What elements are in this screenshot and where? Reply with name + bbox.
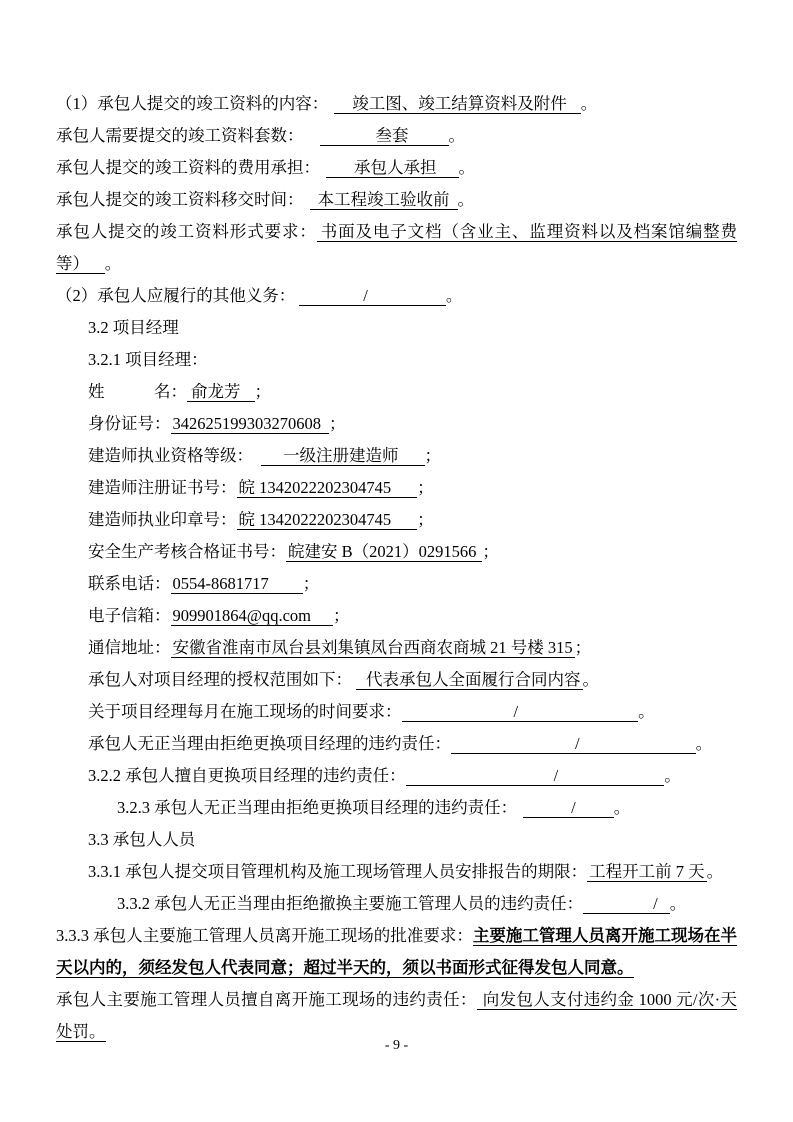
field-value: / — [523, 798, 614, 818]
field-constructor-seal-no: 建造师执业印章号：皖 1342022202304745； — [56, 504, 737, 536]
field-value: 工程开工前 7 天 — [587, 862, 707, 882]
heading-3-3-contractor-personnel: 3.3 承包人人员 — [56, 824, 737, 856]
document-page: （1）承包人提交的竣工资料的内容：竣工图、竣工结算资料及附件。 承包人需要提交的… — [0, 0, 793, 1122]
field-label: 3.2.3 承包人无正当理由拒绝更换项目经理的违约责任： — [117, 798, 517, 817]
field-value: / — [299, 286, 446, 306]
field-label: 身份证号： — [88, 414, 171, 433]
field-value: 皖 1342022202304745 — [237, 510, 418, 530]
field-value: 俞龙芳 — [187, 382, 255, 402]
field-3-3-1-staff-report-deadline: 3.3.1 承包人提交项目管理机构及施工现场管理人员安排报告的期限：工程开工前 … — [56, 856, 737, 888]
field-label: 建造师注册证书号： — [88, 478, 237, 497]
field-tail: 。 — [664, 766, 681, 785]
field-value: 承包人承担 — [326, 158, 459, 178]
field-tail: ； — [255, 382, 272, 401]
field-value: / — [402, 702, 639, 722]
field-email: 电子信箱：909901864@qq.com； — [56, 600, 737, 632]
field-value: / — [406, 766, 665, 786]
section-heading: 3.3 承包人人员 — [88, 830, 195, 849]
field-tail: ； — [575, 638, 592, 657]
field-label: 建造师执业印章号： — [88, 510, 237, 529]
field-safety-certificate-no: 安全生产考核合格证书号：皖建安 B（2021）0291566； — [56, 536, 737, 568]
field-label: 关于项目经理每月在施工现场的时间要求： — [88, 702, 402, 721]
field-tail: ； — [417, 478, 434, 497]
field-label: 承包人提交的竣工资料的费用承担： — [56, 158, 320, 177]
field-label: 姓 名： — [88, 382, 187, 401]
field-value: 本工程竣工验收前 — [310, 190, 458, 210]
field-3-2-3-refuse-replace-pm-liability: 3.2.3 承包人无正当理由拒绝更换项目经理的违约责任：/。 — [56, 792, 737, 824]
field-phone: 联系电话：0554-8681717； — [56, 568, 737, 600]
field-tail: 。 — [696, 734, 713, 753]
field-label: 承包人提交的竣工资料形式要求： — [56, 222, 317, 241]
field-completion-data-cost: 承包人提交的竣工资料的费用承担：承包人承担。 — [56, 152, 737, 184]
page-number: - 9 - — [0, 1036, 793, 1056]
field-tail: 。 — [459, 158, 476, 177]
field-tail: 。 — [458, 190, 475, 209]
field-label: 承包人需要提交的竣工资料套数： — [56, 126, 304, 145]
field-label: （1）承包人提交的竣工资料的内容： — [56, 94, 328, 113]
field-completion-data-content: （1）承包人提交的竣工资料的内容：竣工图、竣工结算资料及附件。 — [56, 88, 737, 120]
field-constructor-qualification-level: 建造师执业资格等级：一级注册建造师； — [56, 440, 737, 472]
field-pm-id-number: 身份证号：342625199303270608； — [56, 408, 737, 440]
section-heading: 3.2.1 项目经理： — [88, 350, 208, 369]
field-completion-data-copies: 承包人需要提交的竣工资料套数：叁套。 — [56, 120, 737, 152]
field-tail: ； — [329, 414, 346, 433]
field-tail: ； — [303, 574, 320, 593]
field-value: 竣工图、竣工结算资料及附件 — [334, 94, 581, 114]
field-3-2-2-unauthorized-replace-pm-liability: 3.2.2 承包人擅自更换项目经理的违约责任：/。 — [56, 760, 737, 792]
field-tail: ； — [333, 606, 350, 625]
field-value: 342625199303270608 — [171, 414, 330, 434]
field-value: 代表承包人全面履行合同内容 — [356, 670, 583, 690]
field-value: / — [451, 734, 696, 754]
field-completion-data-handover-time: 承包人提交的竣工资料移交时间：本工程竣工验收前。 — [56, 184, 737, 216]
field-value: 0554-8681717 — [171, 574, 303, 594]
field-pm-name: 姓 名：俞龙芳； — [56, 376, 737, 408]
field-label: 承包人提交的竣工资料移交时间： — [56, 190, 304, 209]
field-tail: ； — [482, 542, 499, 561]
field-tail: 。 — [583, 670, 600, 689]
field-pm-authorization-scope: 承包人对项目经理的授权范围如下：代表承包人全面履行合同内容。 — [56, 664, 737, 696]
field-label: 承包人对项目经理的授权范围如下： — [88, 670, 352, 689]
field-value: 安徽省淮南市凤台县刘集镇凤台西商农商城 21 号楼 315 — [171, 638, 575, 658]
field-3-3-3-site-leave-approval: 3.3.3 承包人主要施工管理人员离开施工现场的批准要求：主要施工管理人员离开施… — [56, 920, 737, 984]
field-tail: 。 — [105, 254, 122, 273]
field-value: 皖建安 B（2021）0291566 — [286, 542, 482, 562]
field-constructor-registration-no: 建造师注册证书号：皖 1342022202304745； — [56, 472, 737, 504]
field-tail: 。 — [707, 862, 724, 881]
field-pm-monthly-site-time: 关于项目经理每月在施工现场的时间要求：/。 — [56, 696, 737, 728]
field-value: / — [583, 894, 670, 914]
section-heading: 3.2 项目经理 — [88, 318, 179, 337]
field-label: 3.3.3 承包人主要施工管理人员离开施工现场的批准要求： — [56, 926, 473, 945]
field-label: 3.3.2 承包人无正当理由拒绝撤换主要施工管理人员的违约责任： — [117, 894, 583, 913]
field-tail: 。 — [638, 702, 655, 721]
field-tail: 。 — [446, 286, 463, 305]
field-label: 承包人无正当理由拒绝更换项目经理的违约责任： — [88, 734, 451, 753]
field-completion-data-format: 承包人提交的竣工资料形式要求：书面及电子文档（含业主、监理资料以及档案馆编整费等… — [56, 216, 737, 280]
field-label: 安全生产考核合格证书号： — [88, 542, 286, 561]
field-refuse-replace-pm-liability: 承包人无正当理由拒绝更换项目经理的违约责任：/。 — [56, 728, 737, 760]
field-mailing-address: 通信地址：安徽省淮南市凤台县刘集镇凤台西商农商城 21 号楼 315； — [56, 632, 737, 664]
heading-3-2-1-project-manager: 3.2.1 项目经理： — [56, 344, 737, 376]
field-label: 承包人主要施工管理人员擅自离开施工现场的违约责任： — [56, 990, 477, 1009]
field-label: 建造师执业资格等级： — [88, 446, 253, 465]
field-label: （2）承包人应履行的其他义务： — [56, 286, 295, 305]
field-value: 909901864@qq.com — [171, 606, 333, 626]
field-label: 3.2.2 承包人擅自更换项目经理的违约责任： — [88, 766, 406, 785]
field-other-obligations: （2）承包人应履行的其他义务：/。 — [56, 280, 737, 312]
field-value: 一级注册建造师 — [261, 446, 425, 466]
field-tail: 。 — [449, 126, 466, 145]
field-label: 3.3.1 承包人提交项目管理机构及施工现场管理人员安排报告的期限： — [88, 862, 587, 881]
field-tail: 。 — [581, 94, 598, 113]
field-tail: 。 — [614, 798, 631, 817]
field-3-3-2-refuse-remove-staff-liability: 3.3.2 承包人无正当理由拒绝撤换主要施工管理人员的违约责任：/。 — [56, 888, 737, 920]
field-tail: ； — [417, 510, 434, 529]
field-label: 电子信箱： — [88, 606, 171, 625]
field-value: 叁套 — [320, 126, 449, 146]
field-tail: 。 — [670, 894, 687, 913]
heading-3-2-project-manager: 3.2 项目经理 — [56, 312, 737, 344]
field-tail: ； — [425, 446, 442, 465]
field-value: 皖 1342022202304745 — [237, 478, 418, 498]
field-label: 通信地址： — [88, 638, 171, 657]
contract-body: （1）承包人提交的竣工资料的内容：竣工图、竣工结算资料及附件。 承包人需要提交的… — [56, 88, 737, 1048]
field-label: 联系电话： — [88, 574, 171, 593]
